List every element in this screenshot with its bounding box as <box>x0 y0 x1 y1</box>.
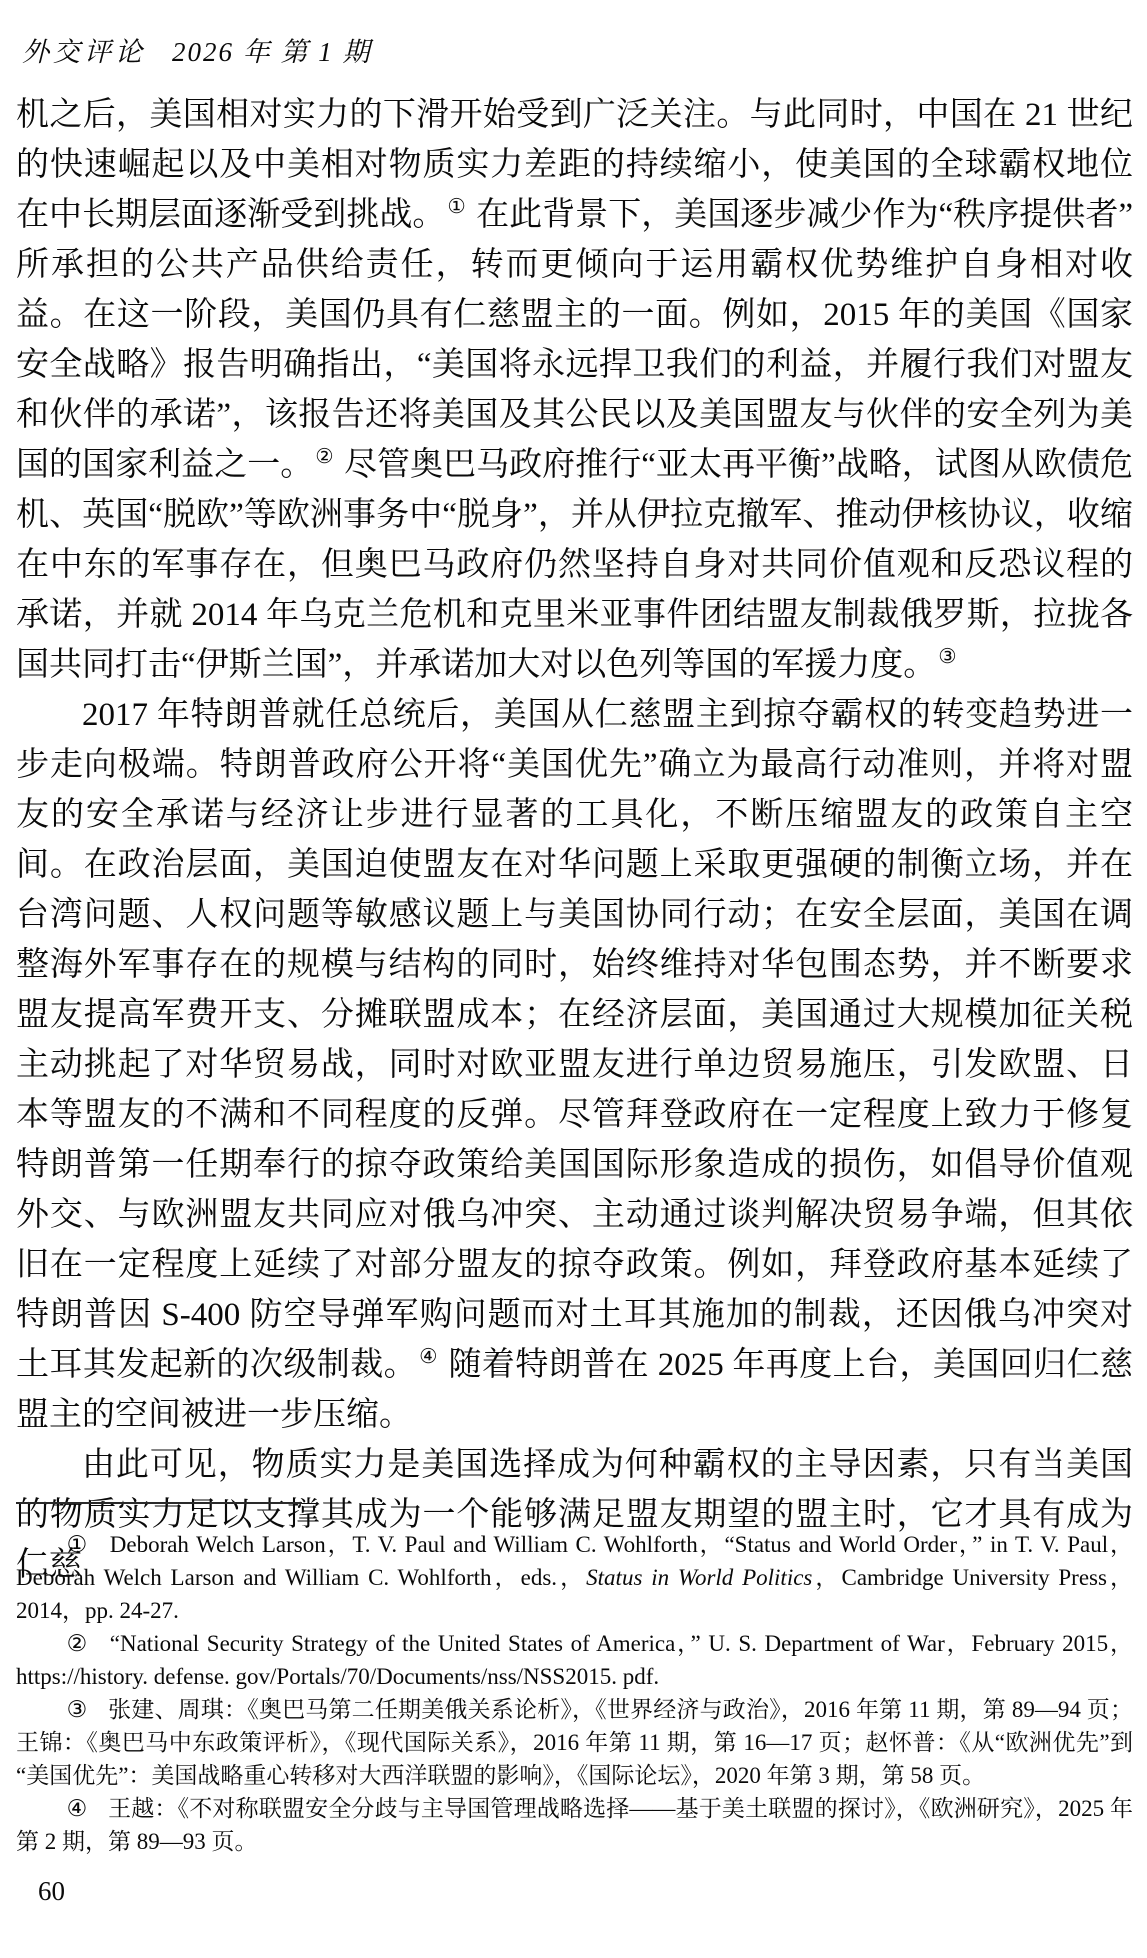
running-head: 外交评论2026 年 第 1 期 <box>22 30 372 69</box>
paragraph: 2017 年特朗普就任总统后，美国从仁慈盟主到掠夺霸权的转变趋势进一步走向极端。… <box>16 690 1133 1440</box>
footnote-number: ② <box>67 1631 90 1656</box>
journal-page: 外交评论2026 年 第 1 期 机之后，美国相对实力的下滑开始受到广泛关注。与… <box>0 0 1147 1958</box>
issue-label: 2026 年 第 1 期 <box>172 37 372 67</box>
footnote-number: ① <box>67 1532 89 1557</box>
footnote: ②“National Security Strategy of the Unit… <box>16 1627 1133 1693</box>
footnote-number: ④ <box>67 1796 88 1821</box>
footnote-ref: ④ <box>417 1346 440 1368</box>
paragraph: 机之后，美国相对实力的下滑开始受到广泛关注。与此同时，中国在 21 世纪的快速崛… <box>16 90 1133 690</box>
footnote-separator <box>16 1502 302 1504</box>
italic-title: Status in World Politics <box>586 1565 812 1590</box>
footnote: ④王越：《不对称联盟安全分歧与主导国管理战略选择——基于美土联盟的探讨》，《欧洲… <box>16 1792 1133 1858</box>
footnotes: ①Deborah Welch Larson，T. V. Paul and Wil… <box>16 1528 1133 1858</box>
footnote: ①Deborah Welch Larson，T. V. Paul and Wil… <box>16 1528 1133 1627</box>
body-text: 机之后，美国相对实力的下滑开始受到广泛关注。与此同时，中国在 21 世纪的快速崛… <box>16 90 1133 1590</box>
footnote-ref: ① <box>445 196 467 218</box>
page-number: 60 <box>38 1876 65 1907</box>
footnote-number: ③ <box>67 1697 88 1722</box>
footnote-ref: ③ <box>936 646 958 668</box>
journal-title: 外交评论 <box>22 37 146 67</box>
footnote: ③张建、周琪：《奥巴马第二任期美俄关系论析》，《世界经济与政治》，2016 年第… <box>16 1693 1133 1792</box>
footnote-ref: ② <box>313 446 335 468</box>
